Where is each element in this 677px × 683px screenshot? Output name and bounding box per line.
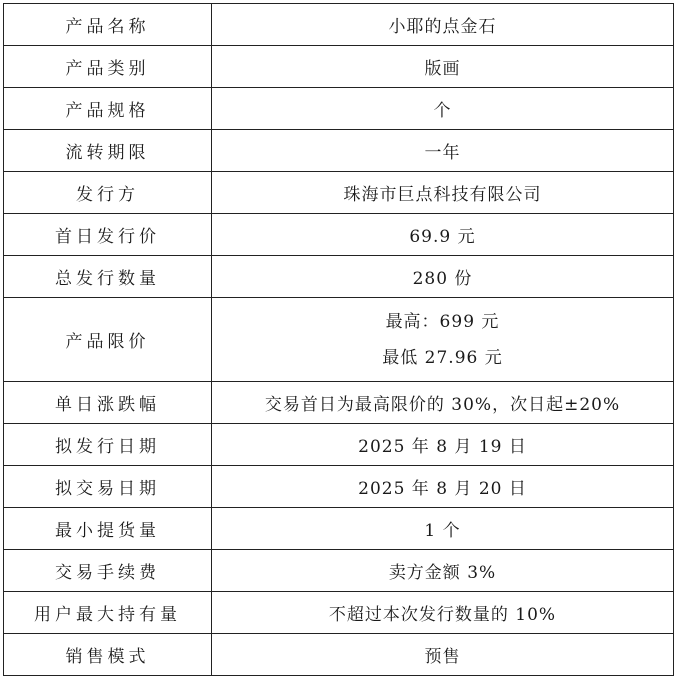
row-value: 版画 xyxy=(212,46,674,88)
row-value: 珠海市巨点科技有限公司 xyxy=(212,172,674,214)
row-label: 拟交易日期 xyxy=(4,466,212,508)
table-row-sales-mode: 销售模式 预售 xyxy=(4,634,674,676)
row-value: 个 xyxy=(212,88,674,130)
table-row-max-holding: 用户最大持有量 不超过本次发行数量的 10% xyxy=(4,592,674,634)
row-label: 首日发行价 xyxy=(4,214,212,256)
row-label: 发行方 xyxy=(4,172,212,214)
table-row-product-spec: 产品规格 个 xyxy=(4,88,674,130)
row-value: 小耶的点金石 xyxy=(212,4,674,46)
row-label: 交易手续费 xyxy=(4,550,212,592)
table-row-circulation-period: 流转期限 一年 xyxy=(4,130,674,172)
row-label: 单日涨跌幅 xyxy=(4,382,212,424)
row-label: 销售模式 xyxy=(4,634,212,676)
table-row-planned-issue-date: 拟发行日期 2025 年 8 月 19 日 xyxy=(4,424,674,466)
table-row-min-pickup: 最小提货量 1 个 xyxy=(4,508,674,550)
row-value: 交易首日为最高限价的 30%，次日起±20% xyxy=(212,382,674,424)
table-row-product-name: 产品名称 小耶的点金石 xyxy=(4,4,674,46)
row-label: 总发行数量 xyxy=(4,256,212,298)
row-value: 2025 年 8 月 20 日 xyxy=(212,466,674,508)
row-label: 最小提货量 xyxy=(4,508,212,550)
row-label: 产品限价 xyxy=(4,298,212,382)
row-label: 产品规格 xyxy=(4,88,212,130)
row-label: 拟发行日期 xyxy=(4,424,212,466)
price-limit-low: 最低 27.96 元 xyxy=(212,340,673,376)
row-value: 预售 xyxy=(212,634,674,676)
table-row-price-limit: 产品限价 最高：699 元 最低 27.96 元 xyxy=(4,298,674,382)
table-row-trade-fee: 交易手续费 卖方金额 3% xyxy=(4,550,674,592)
table-row-daily-change-limit: 单日涨跌幅 交易首日为最高限价的 30%，次日起±20% xyxy=(4,382,674,424)
row-value: 最高：699 元 最低 27.96 元 xyxy=(212,298,674,382)
row-value: 卖方金额 3% xyxy=(212,550,674,592)
table-row-product-category: 产品类别 版画 xyxy=(4,46,674,88)
row-value: 1 个 xyxy=(212,508,674,550)
row-value: 不超过本次发行数量的 10% xyxy=(212,592,674,634)
product-spec-table: 产品名称 小耶的点金石 产品类别 版画 产品规格 个 流转期限 一年 发行方 珠… xyxy=(3,3,674,676)
row-label: 用户最大持有量 xyxy=(4,592,212,634)
row-value: 2025 年 8 月 19 日 xyxy=(212,424,674,466)
row-label: 产品名称 xyxy=(4,4,212,46)
table-row-planned-trade-date: 拟交易日期 2025 年 8 月 20 日 xyxy=(4,466,674,508)
row-value: 69.9 元 xyxy=(212,214,674,256)
table-row-total-issue-quantity: 总发行数量 280 份 xyxy=(4,256,674,298)
table-row-issuer: 发行方 珠海市巨点科技有限公司 xyxy=(4,172,674,214)
table-row-first-day-price: 首日发行价 69.9 元 xyxy=(4,214,674,256)
row-value: 一年 xyxy=(212,130,674,172)
row-value: 280 份 xyxy=(212,256,674,298)
price-limit-high: 最高：699 元 xyxy=(212,304,673,340)
row-label: 流转期限 xyxy=(4,130,212,172)
row-label: 产品类别 xyxy=(4,46,212,88)
